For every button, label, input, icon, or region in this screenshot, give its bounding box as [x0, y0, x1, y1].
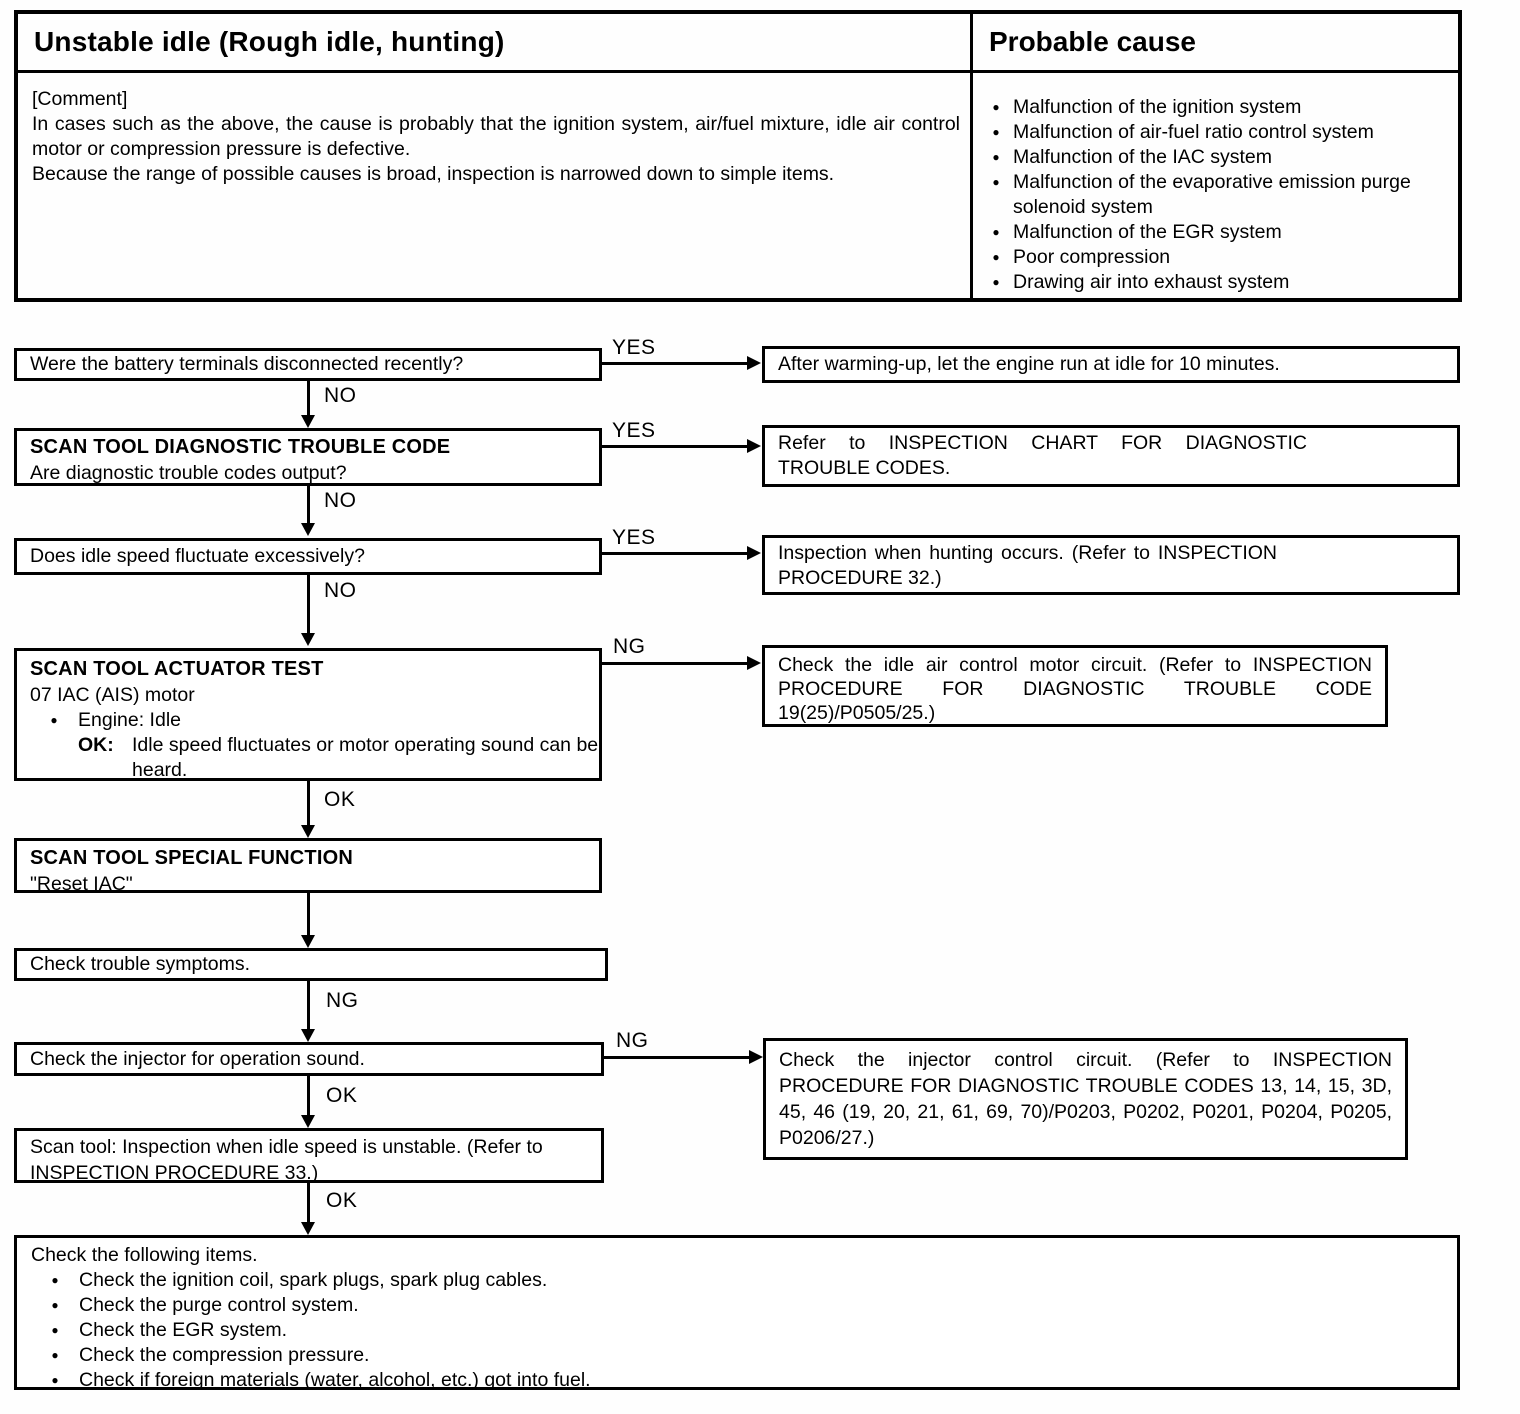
cause-item: ●Malfunction of the IAC system — [979, 145, 1452, 170]
flow-box-injector-question: Check the injector for operation sound. — [14, 1042, 604, 1076]
bullet-icon: ● — [31, 1293, 79, 1318]
symptom-table: Unstable idle (Rough idle, hunting) Prob… — [14, 10, 1462, 302]
actuator-bullet-text: Engine: Idle — [78, 708, 181, 733]
bullet-icon: ● — [31, 1268, 79, 1293]
cause-item: ●Malfunction of air-fuel ratio control s… — [979, 120, 1452, 145]
arrow-down-ok-7 — [307, 1076, 310, 1116]
cause-item: ●Malfunction of the ignition system — [979, 95, 1452, 120]
bullet-icon: ● — [31, 1343, 79, 1368]
arrow-down-no-2 — [307, 486, 310, 524]
cause-item: ●Malfunction of the evaporative emission… — [979, 170, 1452, 220]
comment-paragraph: In cases such as the above, the cause is… — [32, 112, 960, 162]
cause-item: ●Drawing air into exhaust system — [979, 270, 1452, 295]
arrow-right-ng-4 — [602, 662, 748, 665]
final-item: ●Check if foreign materials (water, alco… — [31, 1368, 1443, 1393]
comment-paragraph: Because the range of possible causes is … — [32, 162, 960, 187]
arrow-down-ok-8 — [307, 1183, 310, 1223]
arrow-label-ok: OK — [326, 1189, 357, 1213]
flow-box-idle-fluctuate-question: Does idle speed fluctuate excessively? — [14, 538, 602, 575]
bullet-icon: ● — [979, 170, 1013, 195]
bullet-icon: ● — [979, 145, 1013, 170]
flow-box-final-checks: Check the following items. ●Check the ig… — [14, 1235, 1460, 1390]
arrow-label-yes: YES — [612, 419, 656, 443]
arrow-right-yes-1 — [602, 362, 748, 365]
final-item: ●Check the EGR system. — [31, 1318, 1443, 1343]
arrow-right-yes-3 — [602, 552, 748, 555]
final-item: ●Check the compression pressure. — [31, 1343, 1443, 1368]
arrow-label-yes: YES — [612, 526, 656, 550]
arrow-label-ng: NG — [616, 1029, 649, 1053]
arrow-down-plain-5 — [307, 893, 310, 936]
bullet-icon: ● — [31, 1318, 79, 1343]
flow-box-actuator-test: SCAN TOOL ACTUATOR TEST 07 IAC (AIS) mot… — [14, 648, 602, 781]
arrow-down-ng-6 — [307, 981, 310, 1030]
flow-box-iac-circuit-answer: Check the idle air control motor circuit… — [762, 645, 1388, 727]
arrow-label-yes: YES — [612, 336, 656, 360]
final-item: ●Check the ignition coil, spark plugs, s… — [31, 1268, 1443, 1293]
actuator-bullet-row: ● Engine: Idle — [30, 708, 586, 733]
ok-condition-text: Idle speed fluctuates or motor operating… — [132, 733, 602, 783]
bullet-icon: ● — [30, 708, 78, 733]
arrow-right-ng-7 — [604, 1056, 750, 1059]
flow-box-check-symptoms: Check trouble symptoms. — [14, 948, 608, 981]
flow-box-hunting-answer: Inspection when hunting occurs. (Refer t… — [762, 535, 1460, 595]
arrow-label-no: NO — [324, 384, 357, 408]
flow-box-warmup-answer: After warming-up, let the engine run at … — [762, 346, 1460, 383]
arrow-label-ok: OK — [326, 1084, 357, 1108]
arrow-label-ng: NG — [326, 989, 359, 1013]
actuator-line: 07 IAC (AIS) motor — [30, 683, 586, 708]
arrow-label-ok: OK — [324, 788, 355, 812]
actuator-ok-row: OK: Idle speed fluctuates or motor opera… — [78, 733, 586, 783]
box-title: SCAN TOOL ACTUATOR TEST — [30, 656, 586, 683]
bullet-icon: ● — [979, 120, 1013, 145]
cause-item: ●Poor compression — [979, 245, 1452, 270]
probable-cause-title: Probable cause — [973, 14, 1458, 70]
symptom-title: Unstable idle (Rough idle, hunting) — [18, 14, 970, 70]
flow-box-injector-circuit-answer: Check the injector control circuit. (Ref… — [763, 1038, 1408, 1160]
final-item: ●Check the purge control system. — [31, 1293, 1443, 1318]
ok-condition-label: OK: — [78, 733, 132, 783]
comment-cell: [Comment] In cases such as the above, th… — [18, 73, 970, 298]
bullet-icon: ● — [31, 1368, 79, 1393]
bullet-icon: ● — [979, 245, 1013, 270]
bullet-icon: ● — [979, 220, 1013, 245]
arrow-label-ng: NG — [613, 635, 646, 659]
flow-box-dtc-check: SCAN TOOL DIAGNOSTIC TROUBLE CODE Are di… — [14, 428, 602, 486]
bullet-icon: ● — [979, 95, 1013, 120]
bullet-icon: ● — [979, 270, 1013, 295]
probable-cause-list: ●Malfunction of the ignition system ●Mal… — [973, 73, 1458, 298]
arrow-down-ok-4 — [307, 781, 310, 826]
box-title: SCAN TOOL DIAGNOSTIC TROUBLE CODE — [30, 434, 586, 461]
box-question: Are diagnostic trouble codes output? — [30, 461, 586, 486]
flow-box-battery-question: Were the battery terminals disconnected … — [14, 348, 602, 381]
box-title: SCAN TOOL SPECIAL FUNCTION — [30, 845, 586, 872]
service-manual-page: Unstable idle (Rough idle, hunting) Prob… — [0, 0, 1520, 1414]
flow-box-dtc-chart-answer: Refer to INSPECTION CHART FOR DIAGNOSTIC… — [762, 425, 1460, 487]
cause-item: ●Malfunction of the EGR system — [979, 220, 1452, 245]
arrow-down-no-3 — [307, 575, 310, 634]
flow-box-scan-unstable: Scan tool: Inspection when idle speed is… — [14, 1128, 604, 1183]
comment-label: [Comment] — [32, 87, 960, 112]
final-title: Check the following items. — [31, 1243, 1443, 1268]
arrow-down-no-1 — [307, 381, 310, 416]
flow-box-special-function: SCAN TOOL SPECIAL FUNCTION "Reset IAC" — [14, 838, 602, 893]
arrow-label-no: NO — [324, 489, 357, 513]
arrow-right-yes-2 — [602, 445, 748, 448]
arrow-label-no: NO — [324, 579, 357, 603]
